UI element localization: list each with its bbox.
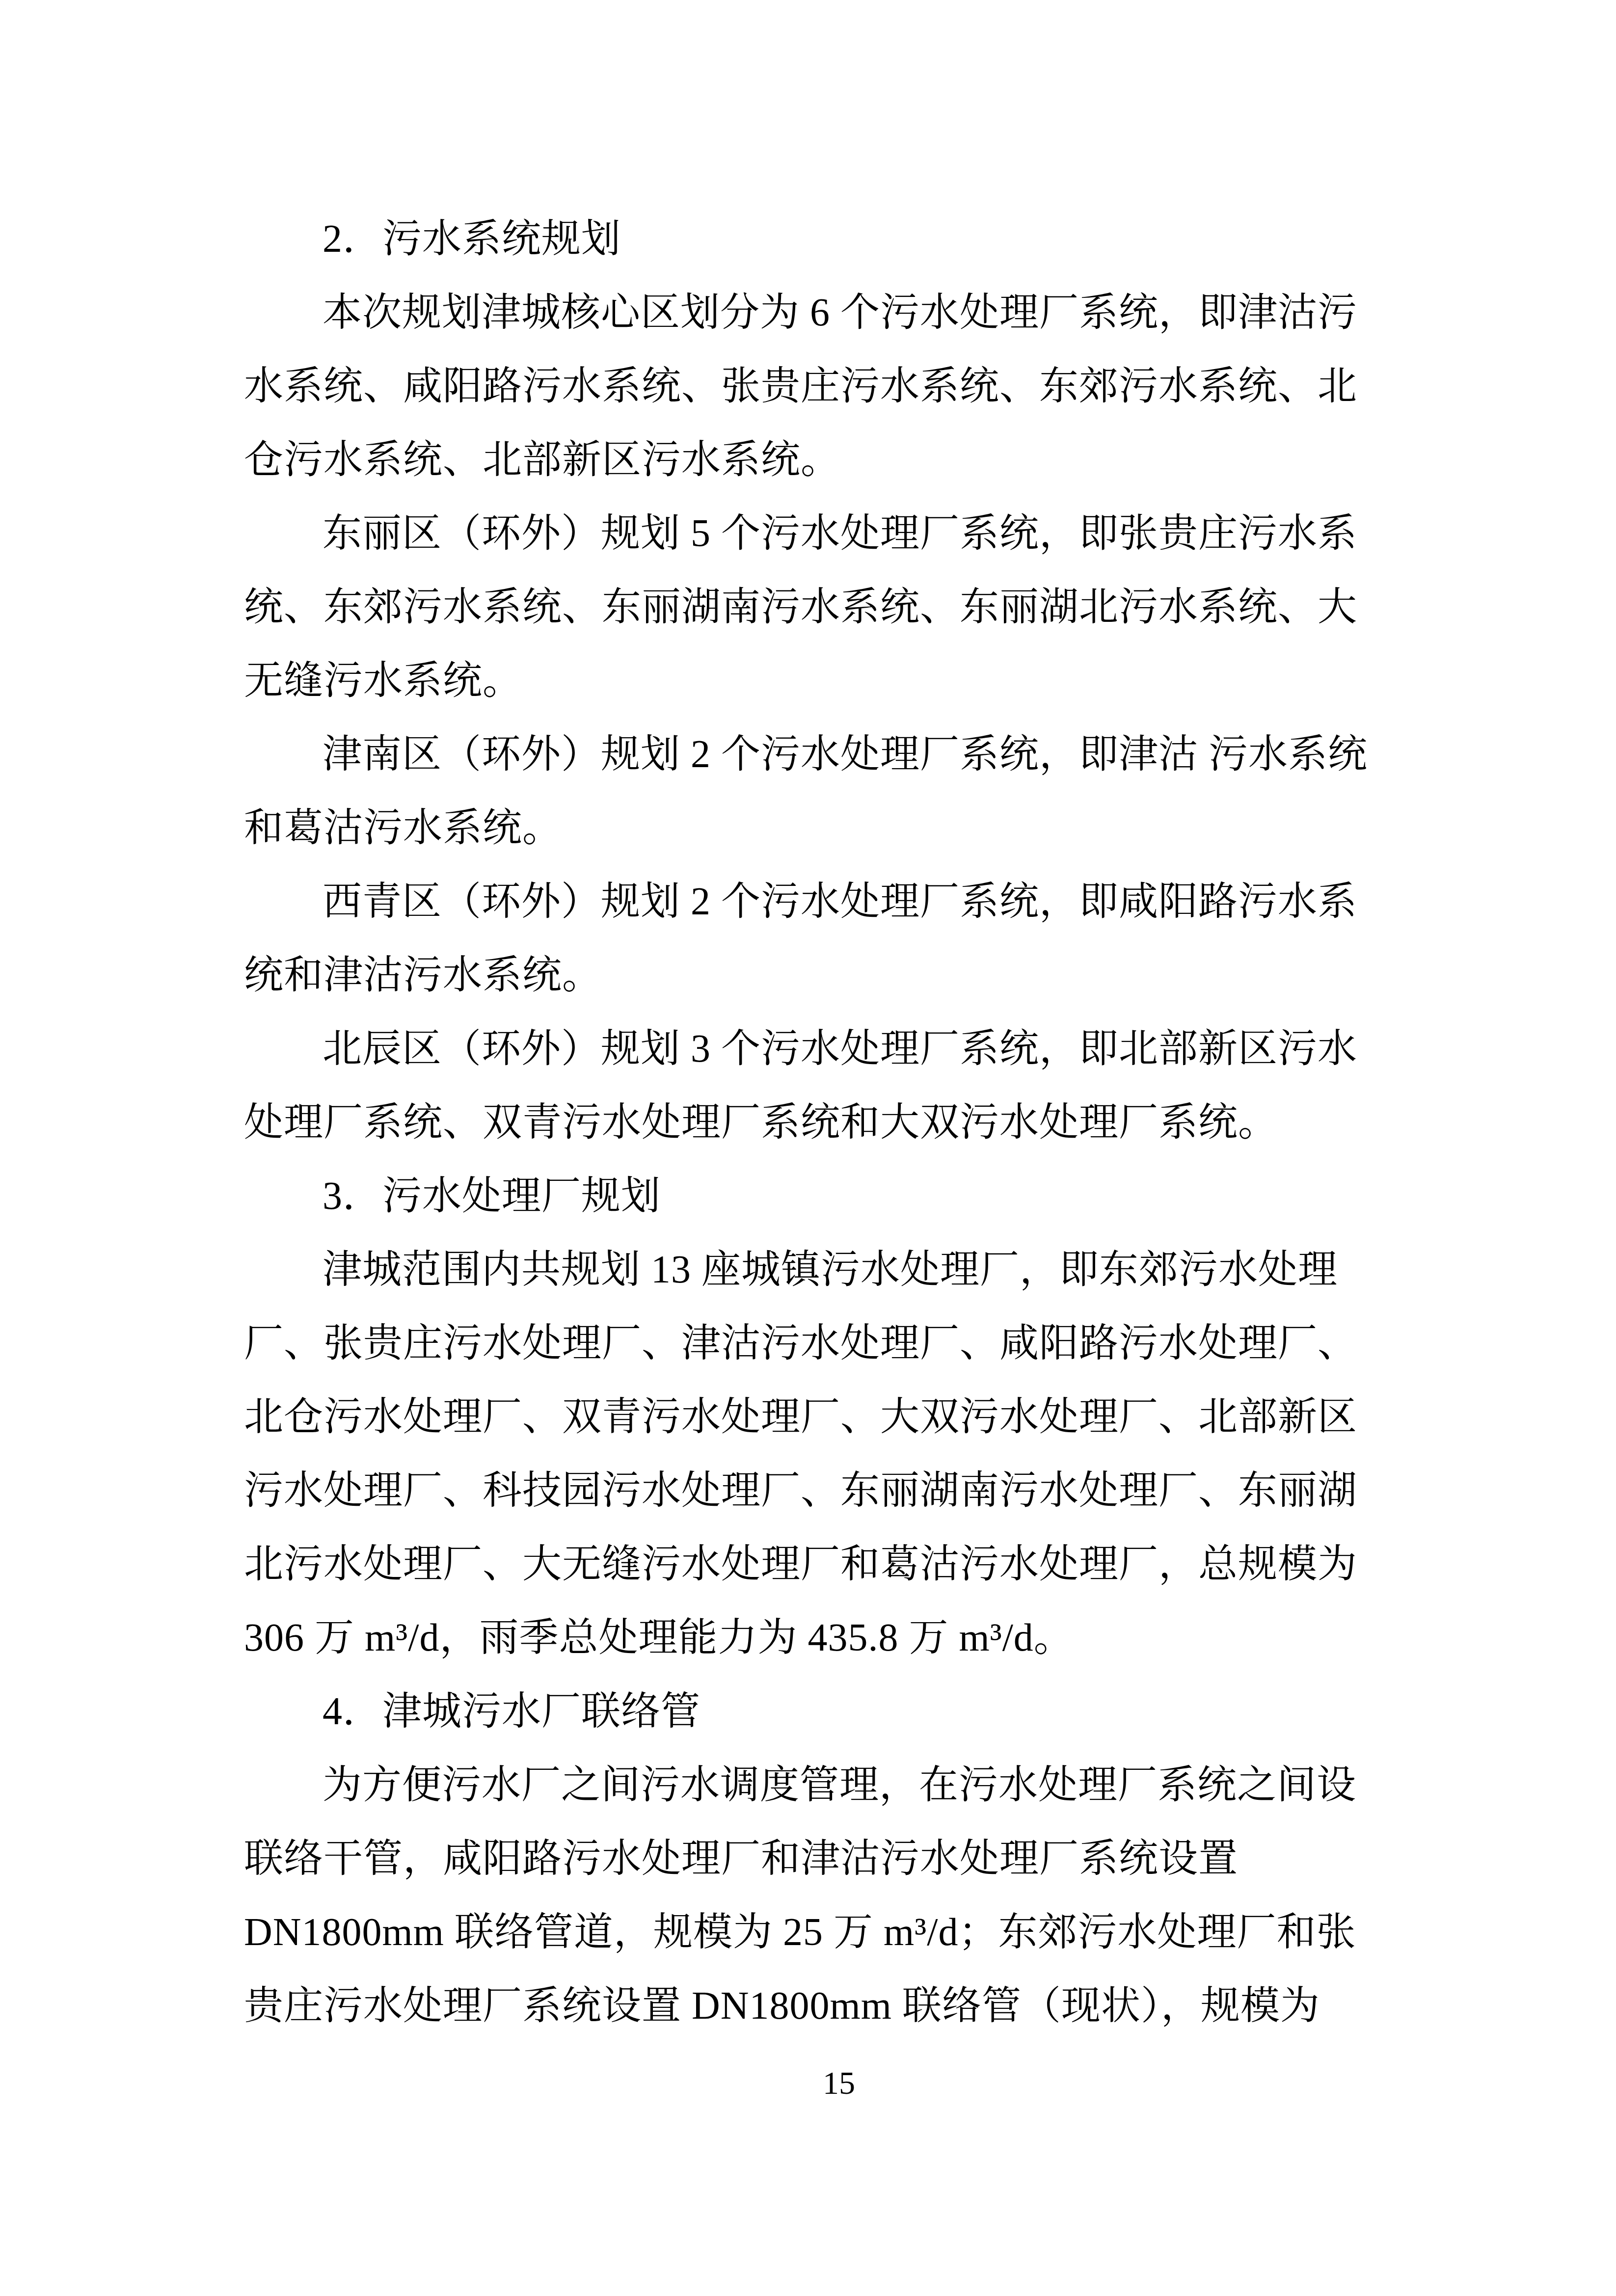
text-line: 为方便污水厂之间污水调度管理，在污水处理厂系统之间设 [244, 1748, 1378, 1822]
text-line: 无缝污水系统。 [244, 644, 1378, 718]
heading-line: 2．污水系统规划 [244, 202, 1378, 276]
document-body: 2．污水系统规划本次规划津城核心区划分为 6 个污水处理厂系统，即津沽污水系统、… [244, 202, 1378, 2043]
text-line: 东丽区（环外）规划 5 个污水处理厂系统，即张贵庄污水系 [244, 497, 1378, 570]
text-line: 北污水处理厂、大无缝污水处理厂和葛沽污水处理厂，总规模为 [244, 1527, 1378, 1601]
text-line: 水系统、咸阳路污水系统、张贵庄污水系统、东郊污水系统、北 [244, 349, 1378, 423]
text-line: 津南区（环外）规划 2 个污水处理厂系统，即津沽 污水系统 [244, 718, 1378, 791]
text-line: 306 万 m³/d，雨季总处理能力为 435.8 万 m³/d。 [244, 1601, 1378, 1675]
text-line: DN1800mm 联络管道，规模为 25 万 m³/d；东郊污水处理厂和张 [244, 1896, 1378, 1969]
text-line: 处理厂系统、双青污水处理厂系统和大双污水处理厂系统。 [244, 1086, 1378, 1159]
text-line: 仓污水系统、北部新区污水系统。 [244, 423, 1378, 497]
text-line: 津城范围内共规划 13 座城镇污水处理厂，即东郊污水处理 [244, 1233, 1378, 1307]
text-line: 北辰区（环外）规划 3 个污水处理厂系统，即北部新区污水 [244, 1012, 1378, 1086]
text-line: 本次规划津城核心区划分为 6 个污水处理厂系统，即津沽污 [244, 276, 1378, 349]
text-line: 联络干管，咸阳路污水处理厂和津沽污水处理厂系统设置 [244, 1822, 1378, 1896]
heading-line: 3．污水处理厂规划 [244, 1159, 1378, 1233]
text-line: 贵庄污水处理厂系统设置 DN1800mm 联络管（现状），规模为 [244, 1969, 1378, 2043]
text-line: 污水处理厂、科技园污水处理厂、东丽湖南污水处理厂、东丽湖 [244, 1454, 1378, 1527]
page-number: 15 [823, 2067, 855, 2100]
text-line: 统和津沽污水系统。 [244, 938, 1378, 1012]
text-line: 北仓污水处理厂、双青污水处理厂、大双污水处理厂、北部新区 [244, 1380, 1378, 1454]
text-line: 西青区（环外）规划 2 个污水处理厂系统，即咸阳路污水系 [244, 865, 1378, 938]
text-line: 统、东郊污水系统、东丽湖南污水系统、东丽湖北污水系统、大 [244, 570, 1378, 644]
text-line: 和葛沽污水系统。 [244, 791, 1378, 865]
text-line: 厂、张贵庄污水处理厂、津沽污水处理厂、咸阳路污水处理厂、 [244, 1307, 1378, 1380]
document-page: 2．污水系统规划本次规划津城核心区划分为 6 个污水处理厂系统，即津沽污水系统、… [0, 0, 1616, 2296]
heading-line: 4．津城污水厂联络管 [244, 1675, 1378, 1748]
